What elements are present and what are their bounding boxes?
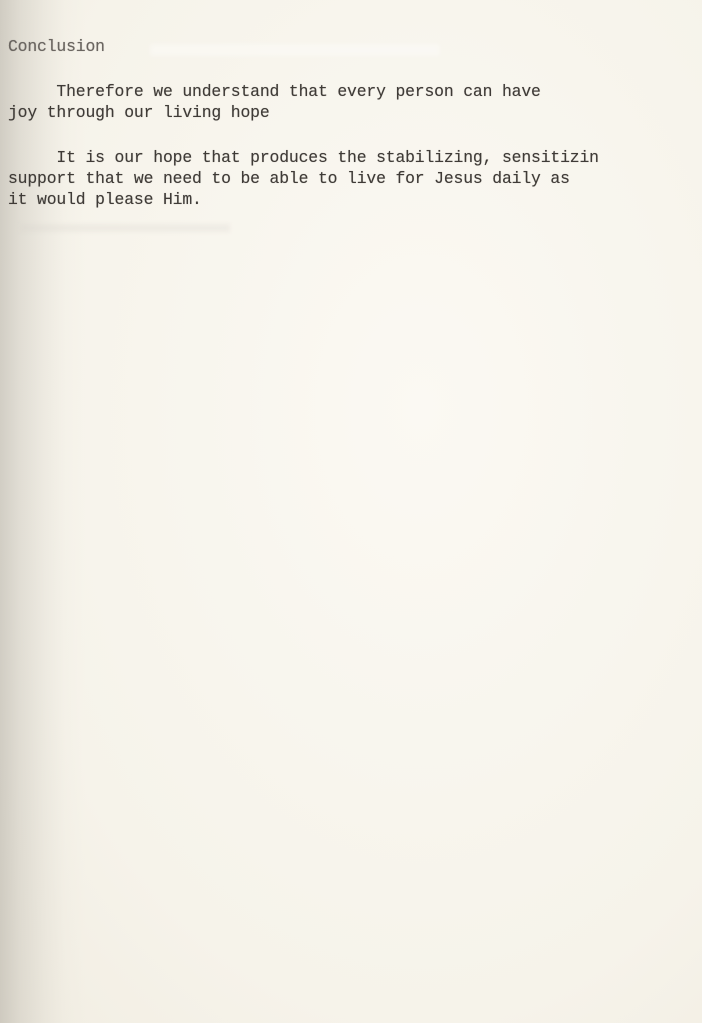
- paragraph-1-line-2: joy through our living hope: [8, 102, 270, 123]
- typed-text-body: Conclusion Therefore we understand that …: [8, 0, 702, 210]
- section-heading: Conclusion: [8, 36, 105, 57]
- paragraph-2-line-1: It is our hope that produces the stabili…: [8, 147, 599, 168]
- scan-artifact: [20, 224, 230, 232]
- paragraph-1-line-1: Therefore we understand that every perso…: [8, 81, 541, 102]
- paragraph-2-line-3: it would please Him.: [8, 189, 202, 210]
- scanned-page: Conclusion Therefore we understand that …: [0, 0, 702, 1023]
- paragraph-2-line-2: support that we need to be able to live …: [8, 168, 570, 189]
